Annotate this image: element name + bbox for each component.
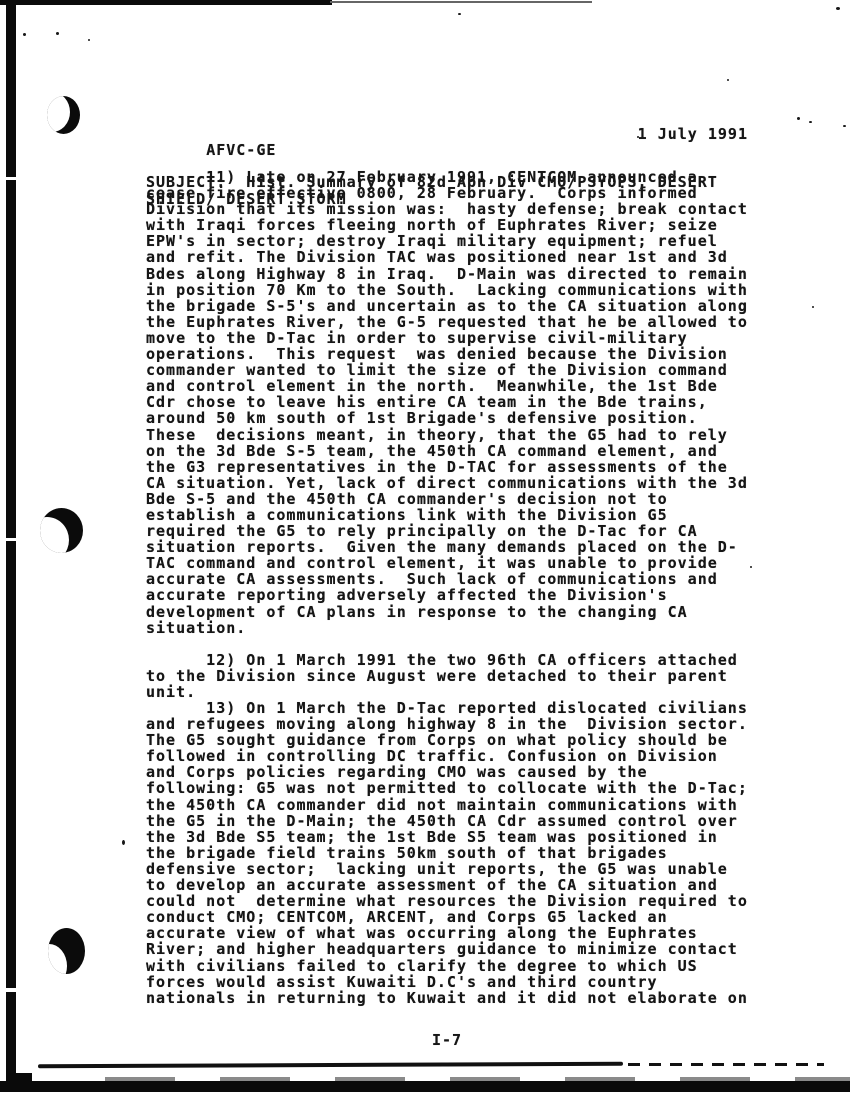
scan-speck [809,121,812,123]
binder-ring-mark-middle [40,508,83,553]
paragraph-12: 12) On 1 March 1991 the two 96th CA offi… [146,652,738,700]
scan-top-edge-line-faint [330,1,592,3]
scan-speck [812,306,814,308]
scan-bottom-rule-solid [38,1062,623,1069]
page-number: I-7 [146,1032,748,1048]
binder-ring-mark-bottom [48,928,85,974]
scan-left-edge-bar [6,4,16,1090]
office-symbol: AFVC-GE [206,141,276,159]
scan-speck [122,840,125,845]
scan-speck [836,7,840,10]
scan-speck [23,33,26,36]
scan-bar-gap [6,538,16,541]
paragraph-13: 13) On 1 March the D-Tac reported disloc… [146,700,748,1006]
scan-bar-gap [6,177,16,180]
scan-speck [750,566,752,568]
scan-speck [88,39,90,41]
crescent-cutout [48,944,67,974]
scanned-document-page: AFVC-GE 1 July 1991 SUBJECT: Hist. Summa… [0,0,850,1097]
scan-bottom-edge-bar [0,1081,850,1092]
scan-speck [458,13,461,15]
header-line: AFVC-GE 1 July 1991 [146,126,748,142]
crescent-cutout [40,517,69,553]
scan-speck [727,79,729,81]
binder-ring-mark-top [47,96,80,134]
scan-bar-gap [6,988,16,992]
document-date: 1 July 1991 [638,126,748,142]
scan-speck [56,32,59,35]
scan-speck [843,125,846,127]
crescent-cutout [47,96,70,132]
scan-bottom-rule-dashes [628,1063,824,1066]
scan-bottom-edge-gray-dashes [60,1077,850,1081]
paragraph-11: 11) Late on 27 February 1991, CENTCOM an… [146,169,748,636]
scan-top-edge-line [0,0,332,5]
scan-speck [797,117,800,120]
